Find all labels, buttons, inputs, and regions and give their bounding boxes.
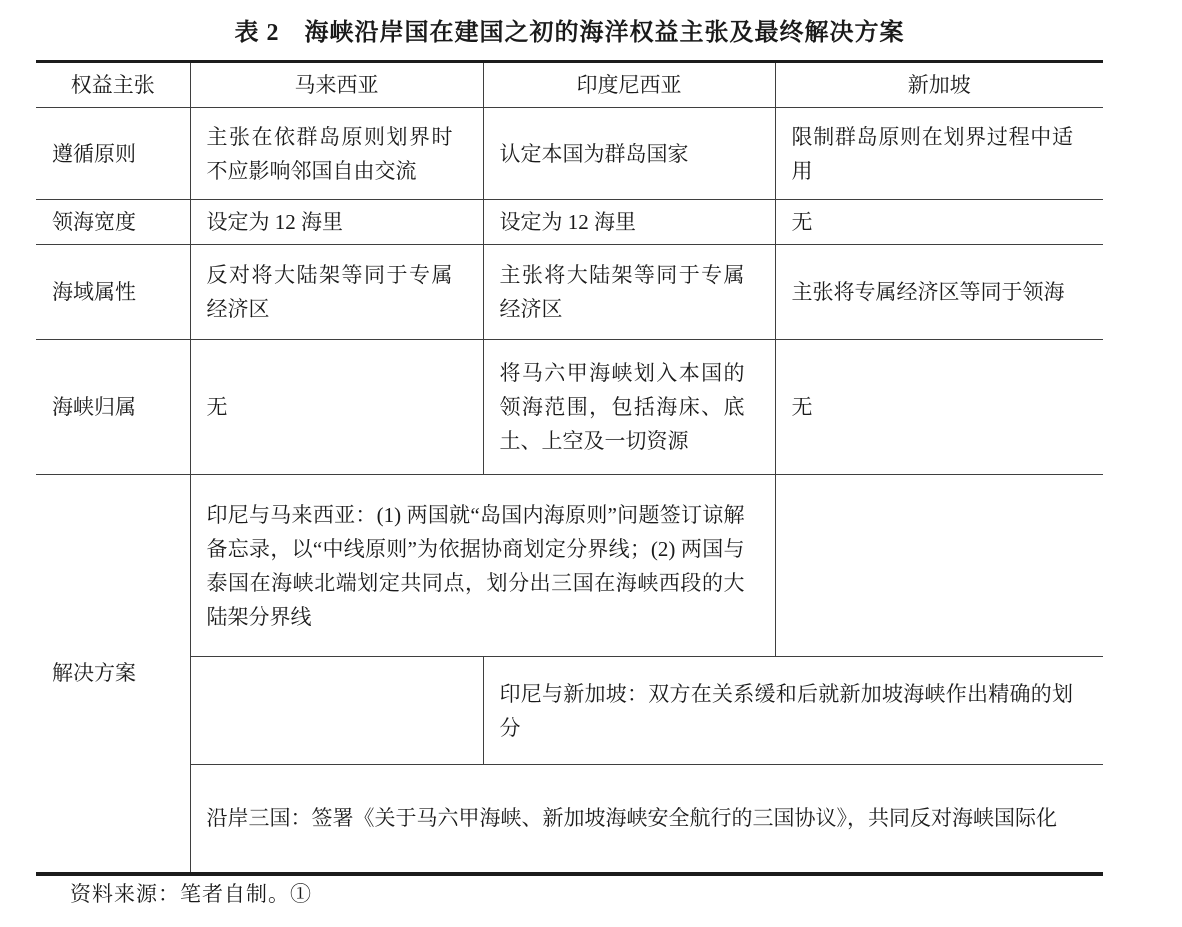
cell-principles-singapore: 限制群岛原则在划界过程中适用	[775, 108, 1103, 200]
cell-territorial-sea-indonesia: 设定为 12 海里	[483, 200, 775, 245]
document-page: 表 2 海峡沿岸国在建国之初的海洋权益主张及最终解决方案 权益主张 马来西亚 印…	[0, 0, 1182, 927]
cell-solution-three-states: 沿岸三国：签署《关于马六甲海峡、新加坡海峡安全航行的三国协议》，共同反对海峡国际…	[190, 765, 1103, 874]
table-title: 表 2 海峡沿岸国在建国之初的海洋权益主张及最终解决方案	[235, 20, 905, 46]
cell-sea-area-indonesia: 主张将大陆架等同于专属经济区	[483, 245, 775, 340]
row-solution-1: 解决方案 印尼与马来西亚：(1) 两国就“岛国内海原则”问题签订谅解备忘录，以“…	[36, 475, 1103, 657]
cell-principles-malaysia: 主张在依群岛原则划界时不应影响邻国自由交流	[190, 108, 483, 200]
cell-solution-indonesia-singapore: 印尼与新加坡：双方在关系缓和后就新加坡海峡作出精确的划分	[483, 657, 1103, 765]
row-principles: 遵循原则 主张在依群岛原则划界时不应影响邻国自由交流 认定本国为群岛国家 限制群…	[36, 108, 1103, 200]
claims-table: 权益主张 马来西亚 印度尼西亚 新加坡 遵循原则 主张在依群岛原则划界时不应影响…	[36, 60, 1103, 876]
col-header-claims: 权益主张	[36, 62, 190, 108]
cell-solution-malaysia-empty	[190, 657, 483, 765]
cell-solution-singapore-empty	[775, 475, 1103, 657]
col-header-singapore: 新加坡	[775, 62, 1103, 108]
col-header-malaysia: 马来西亚	[190, 62, 483, 108]
cell-strait-ownership-indonesia: 将马六甲海峡划入本国的领海范围，包括海床、底土、上空及一切资源	[483, 340, 775, 475]
row-territorial-sea: 领海宽度 设定为 12 海里 设定为 12 海里 无	[36, 200, 1103, 245]
row-solution-2: 印尼与新加坡：双方在关系缓和后就新加坡海峡作出精确的划分	[36, 657, 1103, 765]
row-label-strait-ownership: 海峡归属	[36, 340, 190, 475]
cell-territorial-sea-malaysia: 设定为 12 海里	[190, 200, 483, 245]
cell-sea-area-singapore: 主张将专属经济区等同于领海	[775, 245, 1103, 340]
col-header-indonesia: 印度尼西亚	[483, 62, 775, 108]
row-label-sea-area: 海域属性	[36, 245, 190, 340]
row-strait-ownership: 海峡归属 无 将马六甲海峡划入本国的领海范围，包括海床、底土、上空及一切资源 无	[36, 340, 1103, 475]
cell-solution-malaysia-indonesia: 印尼与马来西亚：(1) 两国就“岛国内海原则”问题签订谅解备忘录，以“中线原则”…	[190, 475, 775, 657]
cell-strait-ownership-malaysia: 无	[190, 340, 483, 475]
row-solution-3: 沿岸三国：签署《关于马六甲海峡、新加坡海峡安全航行的三国协议》，共同反对海峡国际…	[36, 765, 1103, 874]
cell-principles-indonesia: 认定本国为群岛国家	[483, 108, 775, 200]
cell-strait-ownership-singapore: 无	[775, 340, 1103, 475]
row-label-territorial-sea: 领海宽度	[36, 200, 190, 245]
row-label-solution: 解决方案	[36, 475, 190, 874]
source-note: 资料来源：笔者自制。①	[70, 878, 312, 908]
cell-territorial-sea-singapore: 无	[775, 200, 1103, 245]
row-label-principles: 遵循原则	[36, 108, 190, 200]
cell-sea-area-malaysia: 反对将大陆架等同于专属经济区	[190, 245, 483, 340]
header-row: 权益主张 马来西亚 印度尼西亚 新加坡	[36, 62, 1103, 108]
row-sea-area: 海域属性 反对将大陆架等同于专属经济区 主张将大陆架等同于专属经济区 主张将专属…	[36, 245, 1103, 340]
table-title-wrap: 表 2 海峡沿岸国在建国之初的海洋权益主张及最终解决方案	[36, 12, 1103, 47]
